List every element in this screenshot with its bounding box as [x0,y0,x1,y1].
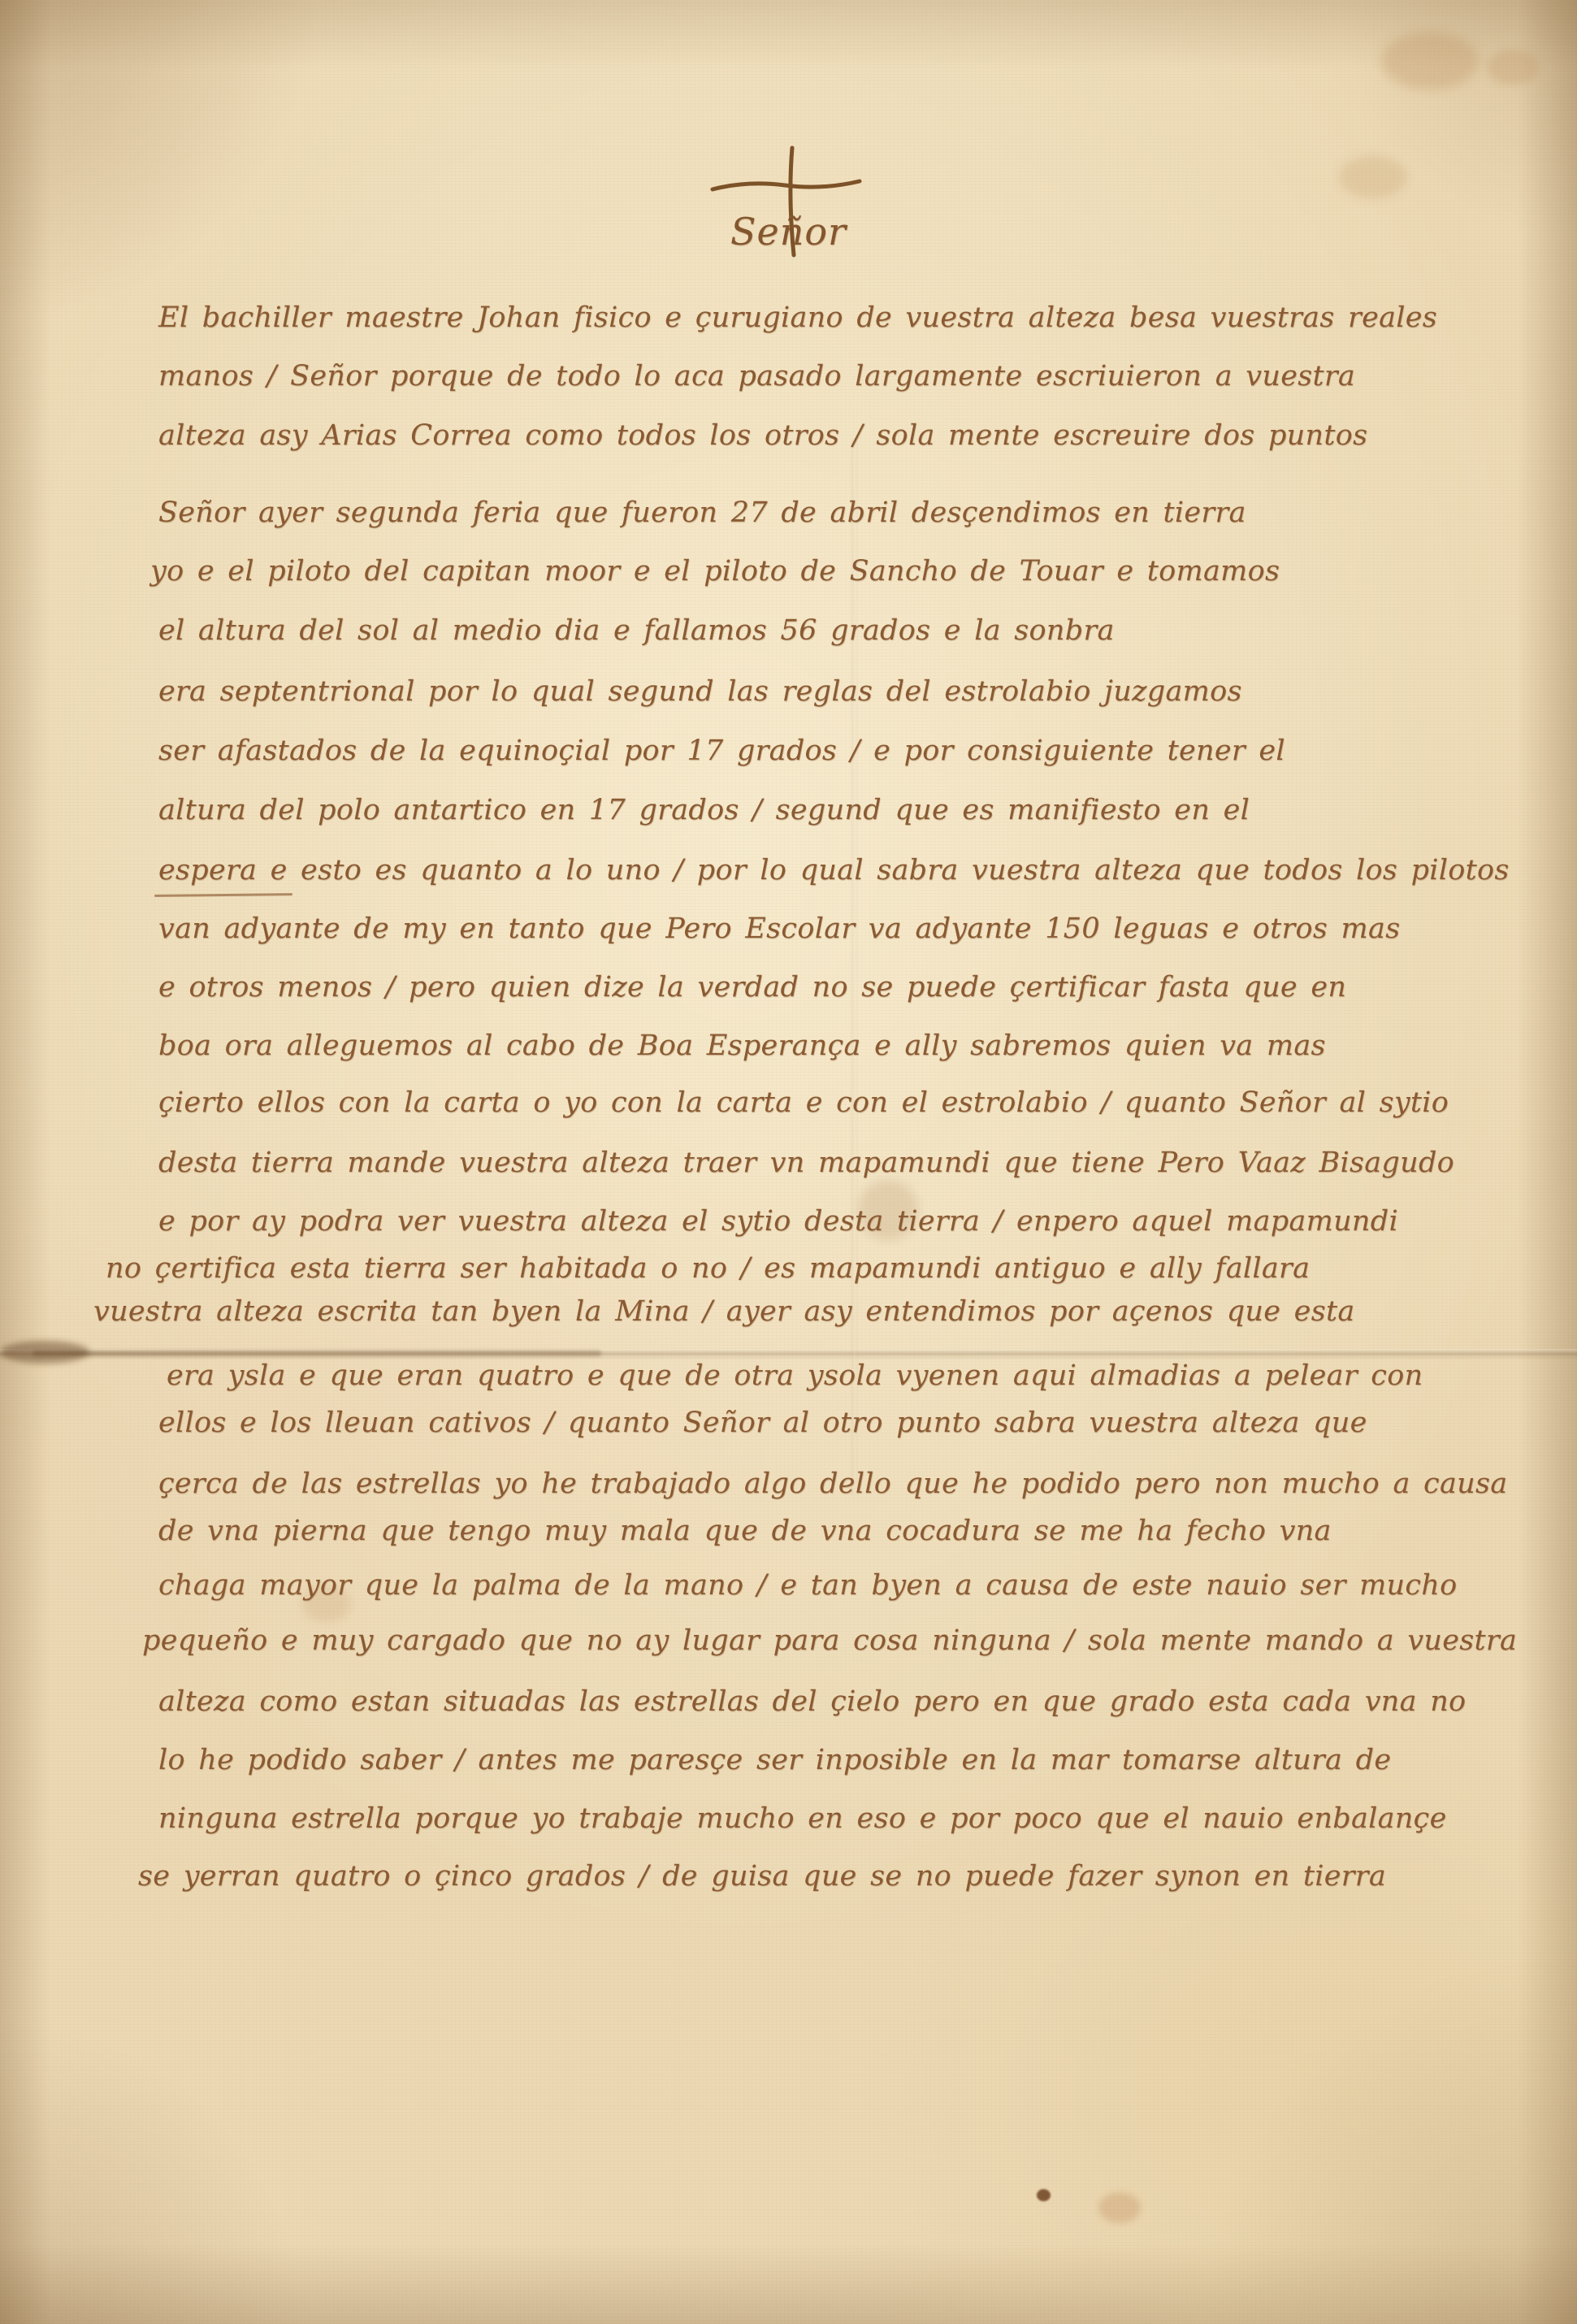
manuscript-line: era septentrional por lo qual segund las… [158,674,1242,709]
manuscript-line: van adyante de my en tanto que Pero Esco… [158,912,1400,946]
foxing-stain [1339,156,1407,198]
manuscript-line: lo he podido saber / antes me paresçe se… [158,1743,1391,1777]
underline-flourish [154,893,292,897]
manuscript-line: El bachiller maestre Johan fisico e çuru… [158,301,1437,335]
manuscript-line: vuestra alteza escrita tan byen la Mina … [93,1294,1355,1329]
manuscript-line: çierto ellos con la carta o yo con la ca… [158,1086,1449,1120]
manuscript-line: ellos e los lleuan cativos / quanto Seño… [158,1406,1367,1440]
fold-crease-left-edge-mark [0,1341,89,1364]
manuscript-line: pequeño e muy cargado que no ay lugar pa… [142,1624,1517,1658]
manuscript-line: e por ay podra ver vuestra alteza el syt… [158,1204,1398,1238]
vertical-fold-crease [851,439,857,1495]
horizontal-fold-crease-shadow [32,1351,601,1356]
manuscript-line: espera e esto es quanto a lo uno / por l… [158,853,1510,887]
manuscript-line: ninguna estrella porque yo trabaje mucho… [158,1802,1447,1836]
manuscript-line: el altura del sol al medio dia e fallamo… [158,614,1115,648]
manuscript-line: no çertifica esta tierra ser habitada o … [106,1251,1310,1286]
manuscript-line: de vna pierna que tengo muy mala que de … [158,1514,1332,1548]
manuscript-line: manos / Señor porque de todo lo aca pasa… [158,359,1355,393]
manuscript-line: alteza como estan situadas las estrellas… [158,1684,1466,1719]
manuscript-line: çerca de las estrellas yo he trabajado a… [158,1467,1507,1501]
foxing-stain [1487,50,1539,85]
manuscript-line: altura del polo antartico en 17 grados /… [158,793,1250,827]
manuscript-line: era ysla e que eran quatro e que de otra… [167,1359,1423,1393]
manuscript-line: chaga mayor que la palma de la mano / e … [158,1568,1458,1602]
manuscript-line: e otros menos / pero quien dize la verda… [158,970,1346,1004]
manuscript-line: ser afastados de la equinoçial por 17 gr… [158,734,1285,768]
manuscript-line: Señor ayer segunda feria que fueron 27 d… [158,496,1246,530]
manuscript-line: yo e el piloto del capitan moor e el pil… [150,554,1280,588]
manuscript-line: alteza asy Arias Correa como todos los o… [158,418,1367,453]
manuscript-page: { "document": { "kind": "handwritten let… [0,0,1577,2324]
manuscript-line: se yerran quatro o çinco grados / de gui… [138,1859,1386,1893]
foxing-stain [1098,2192,1141,2223]
foxing-stain [1381,33,1479,89]
manuscript-line: boa ora alleguemos al cabo de Boa Espera… [158,1029,1326,1063]
ink-spot [1037,2189,1051,2201]
salutation: Señor [0,210,1577,254]
manuscript-line: desta tierra mande vuestra alteza traer … [158,1146,1454,1180]
